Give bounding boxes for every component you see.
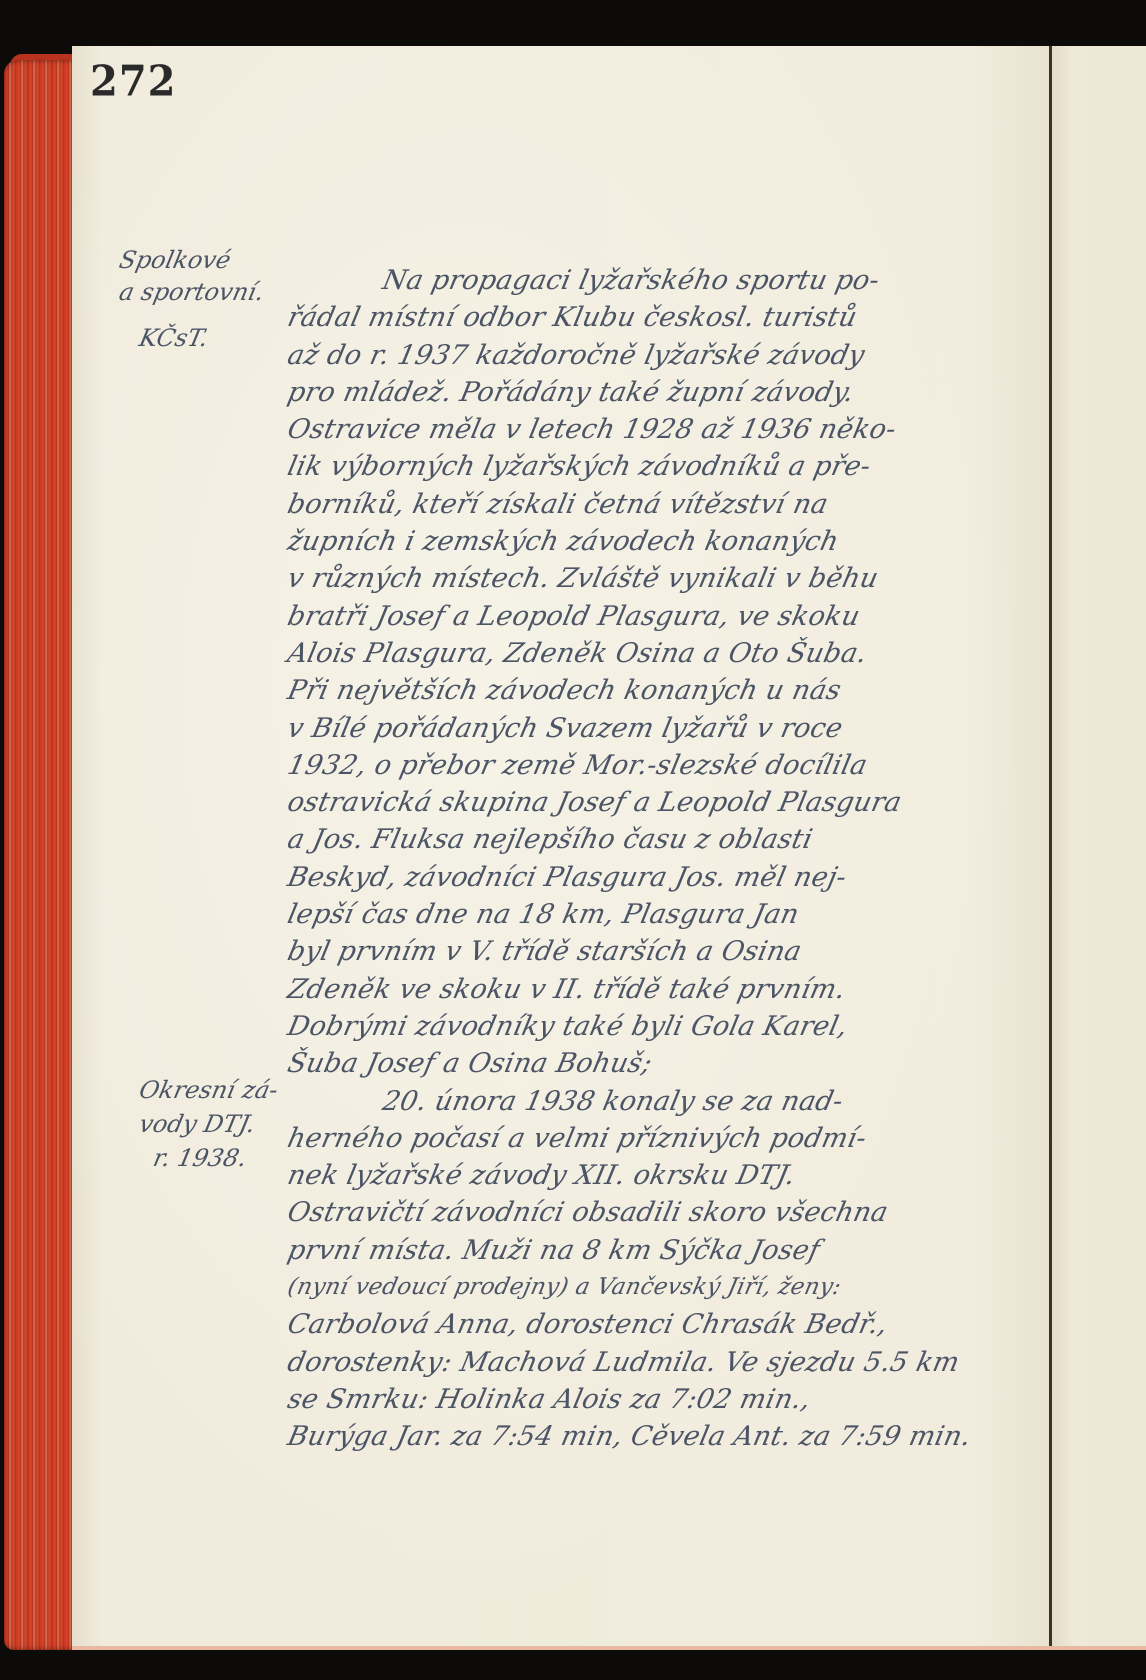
margin-note-sports-clubs: Spolkové a sportovní. KČsT.: [118, 248, 262, 366]
text-line: borníků, kteří získali četná vítězství n…: [284, 486, 1052, 523]
text-line: Na propagaci lyžařského sportu po-: [284, 262, 1052, 299]
text-line: Šuba Josef a Osina Bohuš;: [284, 1045, 1052, 1082]
text-line: se Smrku: Holinka Alois za 7:02 min.,: [284, 1381, 1052, 1418]
margin-note-line: r. 1938.: [134, 1146, 281, 1186]
margin-note-line: KČsT.: [114, 326, 266, 366]
text-line: až do r. 1937 každoročně lyžařské závody: [284, 337, 1052, 374]
text-line: v různých místech. Zvláště vynikali v bě…: [284, 560, 1052, 597]
text-line: Zdeněk ve skoku v II. třídě také prvním.: [284, 971, 1052, 1008]
paragraph-dtj-1938: 20. února 1938 konaly se za nad- herného…: [288, 1083, 1048, 1456]
red-page-edges: [4, 60, 76, 1650]
text-line: 20. února 1938 konaly se za nad-: [284, 1083, 1052, 1120]
text-line: (nyní vedoucí prodejny) a Vančevský Jiří…: [284, 1269, 1052, 1306]
margin-note-district-races: Okresní zá- vody DTJ. r. 1938.: [138, 1078, 276, 1186]
page-number: 272: [90, 57, 177, 106]
text-line: Dobrými závodníky také byli Gola Karel,: [284, 1008, 1052, 1045]
text-line: řádal místní odbor Klubu českosl. turist…: [284, 299, 1052, 336]
text-line: Alois Plasgura, Zdeněk Osina a Oto Šuba.: [284, 635, 1052, 672]
text-line: nek lyžařské závody XII. okrsku DTJ.: [284, 1157, 1052, 1194]
text-line: Beskyd, závodníci Plasgura Jos. měl nej-: [284, 859, 1052, 896]
text-line: župních i zemských závodech konaných: [284, 523, 1052, 560]
text-line: 1932, o přebor země Mor.-slezské docílil…: [284, 747, 1052, 784]
text-line: první místa. Muži na 8 km Sýčka Josef: [284, 1232, 1052, 1269]
text-line: dorostenky: Machová Ludmila. Ve sjezdu 5…: [284, 1344, 1052, 1381]
text-line: herného počasí a velmi příznivých podmí-: [284, 1120, 1052, 1157]
text-line: v Bílé pořádaných Svazem lyžařů v roce: [284, 710, 1052, 747]
text-line: bratři Josef a Leopold Plasgura, ve skok…: [284, 598, 1052, 635]
text-line: Carbolová Anna, dorostenci Chrasák Bedř.…: [284, 1306, 1052, 1343]
right-page: [1052, 46, 1146, 1650]
text-line: Burýga Jar. za 7:54 min, Cěvela Ant. za …: [284, 1418, 1052, 1455]
text-line: Ostravičtí závodníci obsadili skoro všec…: [284, 1194, 1052, 1231]
text-line: pro mládež. Pořádány také župní závody.: [284, 374, 1052, 411]
text-line: ostravická skupina Josef a Leopold Plasg…: [284, 784, 1052, 821]
text-line: Ostravice měla v letech 1928 až 1936 něk…: [284, 411, 1052, 448]
text-line: byl prvním v V. třídě starších a Osina: [284, 933, 1052, 970]
margin-note-line: a sportovní.: [114, 280, 266, 320]
body-text: Na propagaci lyžařského sportu po- řádal…: [288, 262, 1048, 1456]
text-line: Při největších závodech konaných u nás: [284, 672, 1052, 709]
paragraph-kcst: Na propagaci lyžařského sportu po- řádal…: [288, 262, 1048, 1083]
text-line: lepší čas dne na 18 km, Plasgura Jan: [284, 896, 1052, 933]
text-line: lik výborných lyžařských závodníků a pře…: [284, 448, 1052, 485]
text-line: a Jos. Fluksa nejlepšího času z oblasti: [284, 821, 1052, 858]
